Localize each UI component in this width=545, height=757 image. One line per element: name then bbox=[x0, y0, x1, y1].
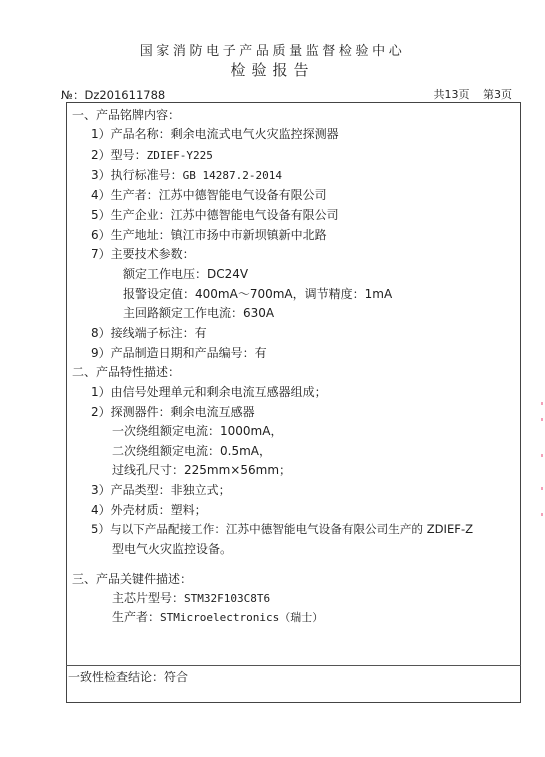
housing-material-label: 4）外壳材质： bbox=[91, 503, 171, 517]
compatible-product-line1: 5）与以下产品配接工作：江苏中德智能电气设备有限公司生产的 ZDIEF-Z bbox=[91, 522, 473, 537]
doc-number-label: №： bbox=[61, 88, 84, 102]
rated-voltage-label: 额定工作电压： bbox=[123, 267, 207, 281]
rated-voltage-value: DC24V bbox=[207, 267, 248, 281]
report-title: 检验报告 bbox=[0, 61, 545, 79]
seal-mark bbox=[541, 513, 543, 516]
main-chip-row: 主芯片型号：STM32F103C8T6 bbox=[112, 591, 270, 606]
chip-maker-row: 生产者：STMicroelectronics（瑞士） bbox=[112, 610, 323, 625]
seal-mark bbox=[541, 418, 543, 421]
conformity-conclusion: 一致性检查结论：符合 bbox=[68, 670, 188, 685]
standard-row: 3）执行标准号：GB 14287.2-2014 bbox=[91, 168, 282, 183]
chip-maker-label: 生产者： bbox=[112, 610, 160, 624]
seal-mark bbox=[541, 402, 543, 405]
sensor-label: 2）探测器件： bbox=[91, 405, 171, 419]
terminal-marking-value: 有 bbox=[195, 326, 207, 340]
page-info: 共13页 第3页 bbox=[430, 88, 513, 102]
model-value: ZDIEF-Y225 bbox=[147, 149, 213, 162]
standard-label: 3）执行标准号： bbox=[91, 168, 183, 182]
tech-params-label: 7）主要技术参数： bbox=[91, 247, 195, 261]
secondary-current-label: 二次绕组额定电流： bbox=[112, 444, 220, 458]
tech-params-row: 7）主要技术参数： bbox=[91, 247, 195, 262]
manufacturer-value: 江苏中德智能电气设备有限公司 bbox=[171, 208, 339, 222]
product-type-value: 非独立式； bbox=[171, 483, 231, 497]
product-name-label: 1）产品名称： bbox=[91, 127, 171, 141]
product-type-row: 3）产品类型：非独立式； bbox=[91, 483, 231, 498]
main-current-value: 630A bbox=[243, 306, 274, 320]
secondary-current-row: 二次绕组额定电流：0.5mA， bbox=[112, 444, 271, 459]
producer-row: 4）生产者：江苏中德智能电气设备有限公司 bbox=[91, 188, 327, 203]
date-serial-label: 9）产品制造日期和产品编号： bbox=[91, 346, 255, 360]
rated-voltage-row: 额定工作电压：DC24V bbox=[123, 267, 248, 282]
model-row: 2）型号：ZDIEF-Y225 bbox=[91, 148, 213, 163]
manufacturer-label: 5）生产企业： bbox=[91, 208, 171, 222]
sensor-row: 2）探测器件：剩余电流互感器 bbox=[91, 405, 255, 420]
conclusion-divider bbox=[66, 665, 521, 666]
producer-label: 4）生产者： bbox=[91, 188, 159, 202]
alarm-setting-row: 报警设定值：400mA～700mA，调节精度：1mA bbox=[123, 287, 392, 302]
main-chip-label: 主芯片型号： bbox=[112, 591, 184, 605]
seal-mark bbox=[541, 487, 543, 490]
product-name-row: 1）产品名称：剩余电流式电气火灾监控探测器 bbox=[91, 127, 339, 142]
address-row: 6）生产地址：镇江市扬中市新坝镇新中北路 bbox=[91, 228, 327, 243]
terminal-marking-row: 8）接线端子标注：有 bbox=[91, 326, 207, 341]
composition-row: 1）由信号处理单元和剩余电流互感器组成； bbox=[91, 385, 327, 400]
alarm-setting-label: 报警设定值： bbox=[123, 287, 195, 301]
product-name-value: 剩余电流式电气火灾监控探测器 bbox=[171, 127, 339, 141]
seal-mark bbox=[541, 454, 543, 457]
manufacturer-row: 5）生产企业：江苏中德智能电气设备有限公司 bbox=[91, 208, 339, 223]
secondary-current-value: 0.5mA， bbox=[220, 444, 271, 458]
current-page: 第3页 bbox=[483, 88, 512, 101]
hole-size-row: 过线孔尺寸：225mm×56mm； bbox=[112, 463, 291, 478]
primary-current-label: 一次绕组额定电流： bbox=[112, 424, 220, 438]
model-label: 2）型号： bbox=[91, 148, 147, 162]
chip-maker-value: STMicroelectronics（瑞士） bbox=[160, 611, 323, 624]
primary-current-value: 1000mA， bbox=[220, 424, 282, 438]
compatible-product-line2: 型电气火灾监控设备。 bbox=[112, 542, 232, 557]
section3-title: 三、产品关键件描述： bbox=[72, 572, 192, 587]
producer-value: 江苏中德智能电气设备有限公司 bbox=[159, 188, 327, 202]
hole-size-label: 过线孔尺寸： bbox=[112, 463, 184, 477]
conclusion-label: 一致性检查结论： bbox=[68, 670, 164, 684]
section1-title: 一、产品铭牌内容： bbox=[72, 108, 180, 123]
primary-current-row: 一次绕组额定电流：1000mA， bbox=[112, 424, 282, 439]
housing-material-row: 4）外壳材质：塑料； bbox=[91, 503, 207, 518]
product-type-label: 3）产品类型： bbox=[91, 483, 171, 497]
total-pages: 共13页 bbox=[434, 88, 470, 101]
document-number: №：Dz201611788 bbox=[61, 88, 165, 102]
terminal-marking-label: 8）接线端子标注： bbox=[91, 326, 195, 340]
date-serial-value: 有 bbox=[255, 346, 267, 360]
address-label: 6）生产地址： bbox=[91, 228, 171, 242]
sensor-value: 剩余电流互感器 bbox=[171, 405, 255, 419]
conclusion-value: 符合 bbox=[164, 670, 188, 684]
alarm-setting-value: 400mA～700mA，调节精度：1mA bbox=[195, 287, 392, 301]
organization-title: 国家消防电子产品质量监督检验中心 bbox=[0, 44, 545, 59]
main-current-row: 主回路额定工作电流：630A bbox=[123, 306, 274, 321]
housing-material-value: 塑料； bbox=[171, 503, 207, 517]
section2-title: 二、产品特性描述： bbox=[72, 365, 180, 380]
date-serial-row: 9）产品制造日期和产品编号：有 bbox=[91, 346, 267, 361]
main-current-label: 主回路额定工作电流： bbox=[123, 306, 243, 320]
doc-number-value: Dz201611788 bbox=[84, 88, 165, 102]
main-chip-value: STM32F103C8T6 bbox=[184, 592, 270, 605]
address-value: 镇江市扬中市新坝镇新中北路 bbox=[171, 228, 327, 242]
hole-size-value: 225mm×56mm； bbox=[184, 463, 291, 477]
standard-value: GB 14287.2-2014 bbox=[183, 169, 282, 182]
